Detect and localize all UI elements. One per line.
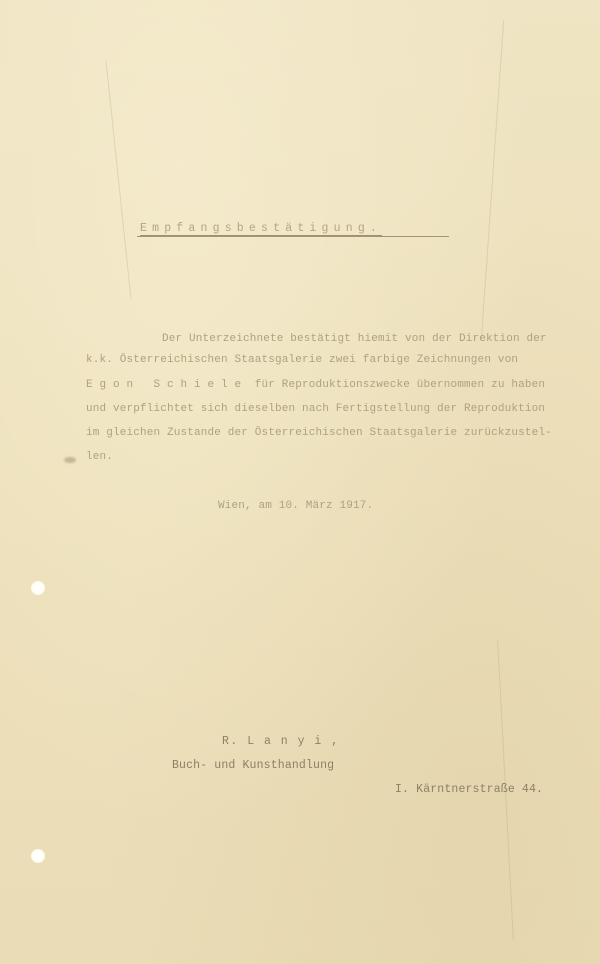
body-line: k.k. Österreichischen Staatsgalerie zwei… xyxy=(86,354,518,366)
paper-crease xyxy=(481,20,504,339)
punch-hole xyxy=(31,581,45,595)
title-underline xyxy=(137,236,449,237)
date-line: Wien, am 10. März 1917. xyxy=(218,500,373,512)
punch-hole xyxy=(31,849,45,863)
paper-crease xyxy=(105,61,131,300)
body-line: Der Unterzeichnete bestätigt hiemit von … xyxy=(162,333,547,345)
document-page: Empfangsbestätigung. Der Unterzeichnete … xyxy=(0,0,600,964)
body-line: len. xyxy=(86,451,113,463)
document-title: Empfangsbestätigung. xyxy=(140,222,382,235)
signature-address: I. Kärntnerstraße 44. xyxy=(395,783,543,796)
body-line: E g o n S c h i e l e für Reproduktionsz… xyxy=(86,379,545,391)
signature-name: R. L a n y i , xyxy=(222,735,340,748)
ink-smudge xyxy=(64,457,76,463)
signature-business: Buch- und Kunsthandlung xyxy=(172,759,334,772)
body-line: und verpflichtet sich dieselben nach Fer… xyxy=(86,403,545,415)
body-line: im gleichen Zustande der Österreichische… xyxy=(86,427,552,439)
